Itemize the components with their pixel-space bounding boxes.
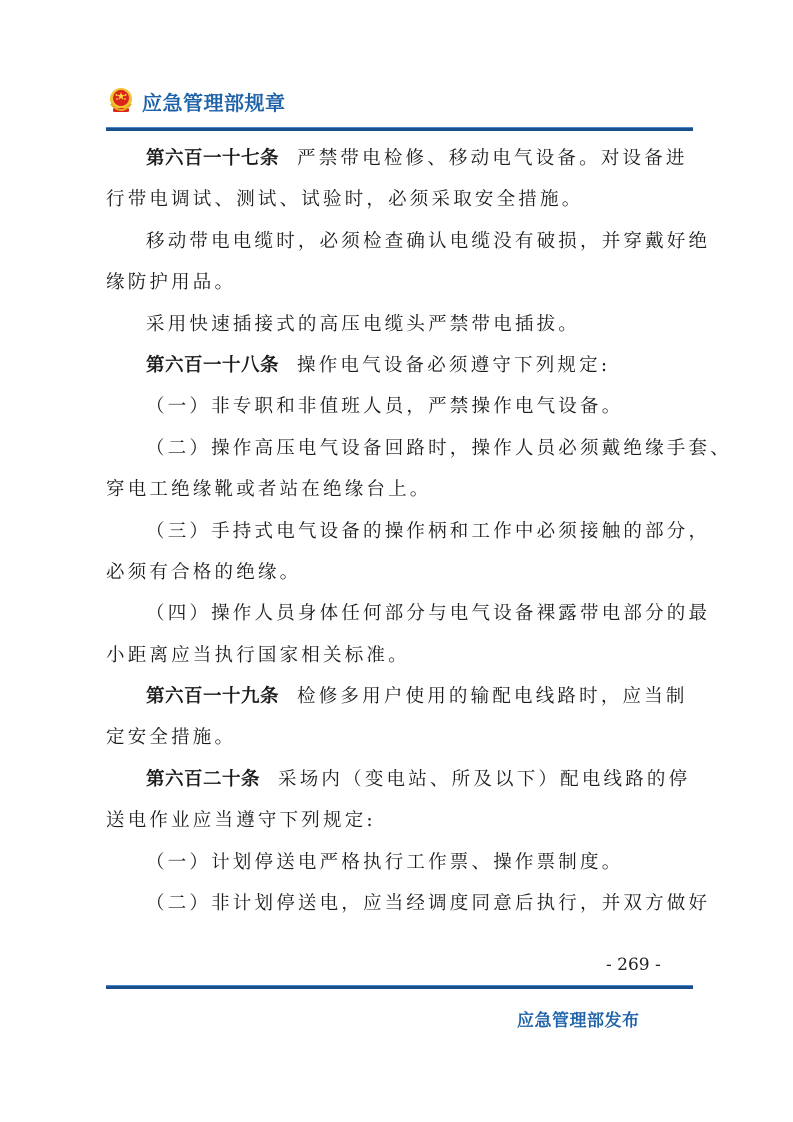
line-text: 移动带电电缆时，必须检查确认电缆没有破损，并穿戴好绝	[146, 231, 710, 252]
line-text: （四）操作人员身体任何部分与电气设备裸露带电部分的最	[146, 603, 710, 624]
text-line: （一）非专职和非值班人员，严禁操作电气设备。	[106, 386, 696, 427]
text-line: 行带电调试、测试、试验时，必须采取安全措施。	[106, 179, 696, 220]
article-line: 第六百一十九条检修多用户使用的输配电线路时，应当制	[106, 676, 696, 717]
national-emblem-icon	[106, 86, 136, 116]
line-text: 穿电工绝缘靴或者站在绝缘台上。	[106, 479, 432, 500]
text-line: 缘防护用品。	[106, 262, 696, 303]
line-text: 行带电调试、测试、试验时，必须采取安全措施。	[106, 189, 583, 210]
footer-publisher: 应急管理部发布	[517, 1006, 640, 1031]
text-line: 小距离应当执行国家相关标准。	[106, 635, 696, 676]
line-text: （二）操作高压电气设备回路时，操作人员必须戴绝缘手套、	[146, 438, 732, 459]
line-text: 采场内（变电站、所及以下）配电线路的停	[278, 769, 690, 790]
text-line: （二）非计划停送电，应当经调度同意后执行，并双方做好	[106, 883, 696, 924]
text-line: 定安全措施。	[106, 717, 696, 758]
footer-divider	[106, 985, 693, 989]
text-line: 穿电工绝缘靴或者站在绝缘台上。	[106, 469, 696, 510]
text-line: （一）计划停送电严格执行工作票、操作票制度。	[106, 842, 696, 883]
article-number: 第六百一十八条	[146, 355, 279, 376]
line-text: （三）手持式电气设备的操作柄和工作中必须接触的部分，	[146, 521, 710, 542]
line-text: 小距离应当执行国家相关标准。	[106, 645, 410, 666]
header-divider	[106, 127, 693, 131]
line-text: （一）计划停送电严格执行工作票、操作票制度。	[146, 852, 623, 873]
line-text: 必须有合格的绝缘。	[106, 562, 301, 583]
line-text: 缘防护用品。	[106, 272, 236, 293]
text-line: 必须有合格的绝缘。	[106, 552, 696, 593]
article-number: 第六百一十九条	[146, 686, 279, 707]
article-line: 第六百一十七条严禁带电检修、移动电气设备。对设备进	[106, 138, 696, 179]
text-line: 送电作业应当遵守下列规定:	[106, 800, 696, 841]
text-line: （三）手持式电气设备的操作柄和工作中必须接触的部分，	[106, 511, 696, 552]
document-body: 第六百一十七条严禁带电检修、移动电气设备。对设备进行带电调试、测试、试验时，必须…	[106, 138, 696, 924]
line-text: 定安全措施。	[106, 727, 236, 748]
text-line: 移动带电电缆时，必须检查确认电缆没有破损，并穿戴好绝	[106, 221, 696, 262]
line-text: 操作电气设备必须遵守下列规定:	[297, 355, 610, 376]
line-text: 采用快速插接式的高压电缆头严禁带电插拔。	[146, 314, 580, 335]
line-text: 严禁带电检修、移动电气设备。对设备进	[297, 148, 688, 169]
page-number: - 269 -	[606, 955, 661, 975]
line-text: 送电作业应当遵守下列规定:	[106, 810, 376, 831]
text-line: 采用快速插接式的高压电缆头严禁带电插拔。	[106, 304, 696, 345]
text-line: （四）操作人员身体任何部分与电气设备裸露带电部分的最	[106, 593, 696, 634]
page-header: 应急管理部规章	[106, 84, 286, 118]
line-text: （二）非计划停送电，应当经调度同意后执行，并双方做好	[146, 893, 710, 914]
article-line: 第六百一十八条操作电气设备必须遵守下列规定:	[106, 345, 696, 386]
text-line: （二）操作高压电气设备回路时，操作人员必须戴绝缘手套、	[106, 428, 696, 469]
header-title: 应急管理部规章	[142, 87, 286, 116]
line-text: （一）非专职和非值班人员，严禁操作电气设备。	[146, 396, 623, 417]
article-number: 第六百二十条	[146, 769, 260, 790]
article-number: 第六百一十七条	[146, 148, 279, 169]
article-line: 第六百二十条采场内（变电站、所及以下）配电线路的停	[106, 759, 696, 800]
line-text: 检修多用户使用的输配电线路时，应当制	[297, 686, 688, 707]
